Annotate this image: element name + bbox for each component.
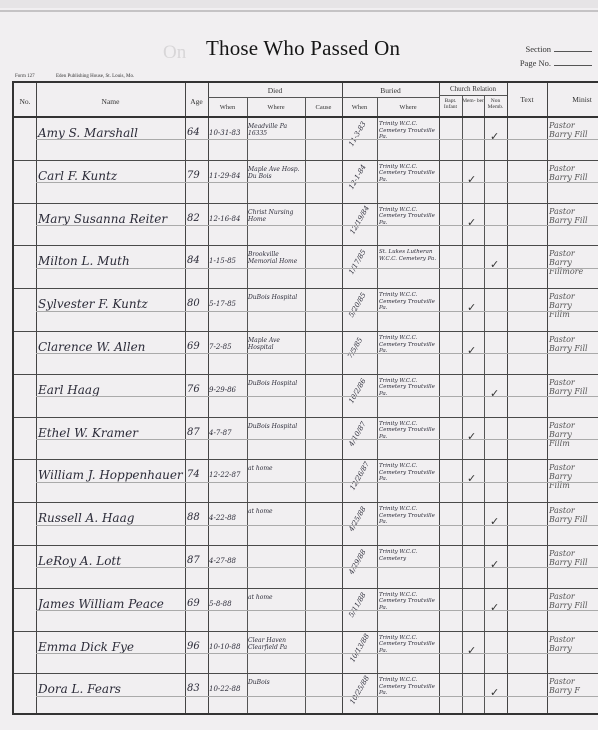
entry-age: 76 xyxy=(187,384,200,395)
column-divider xyxy=(439,83,440,713)
ruled-line xyxy=(36,268,598,269)
entry-buried-when: 4/29/88 xyxy=(347,548,367,575)
relation-check-icon: ✓ xyxy=(490,258,499,271)
entry-died-when: 12-16-84 xyxy=(209,215,240,223)
column-divider xyxy=(507,83,508,713)
entry-buried-when: 12-1-84 xyxy=(347,163,367,190)
entry-buried-where: Trinity W.C.C. Cemetery Troutville Pa. xyxy=(379,677,437,697)
page-no-label: Page No. xyxy=(520,58,551,68)
col-header-text: Text xyxy=(507,95,547,104)
entry-died-when: 4-7-87 xyxy=(209,429,232,437)
relation-check-icon: ✓ xyxy=(467,344,476,357)
entry-died-when: 4-27-88 xyxy=(209,557,236,565)
relation-check-icon: ✓ xyxy=(467,644,476,657)
entry-buried-when: 10/25/88 xyxy=(348,675,371,706)
relation-check-icon: ✓ xyxy=(467,301,476,314)
publisher-line: Eden Publishing House, St. Louis, Mo. xyxy=(56,74,134,79)
row-divider xyxy=(14,203,598,204)
entry-age: 87 xyxy=(187,555,200,566)
row-divider xyxy=(14,545,598,546)
entry-died-where: DuBois Hospital xyxy=(248,423,304,430)
entry-age: 83 xyxy=(187,683,200,694)
entry-age: 96 xyxy=(187,641,200,652)
ruled-line xyxy=(36,439,598,440)
entry-died-where: Meadville Pa 16335 xyxy=(248,123,304,137)
entry-died-where: at home xyxy=(248,465,304,472)
entry-minister: Pastor Barry Fillm xyxy=(549,463,589,490)
relation-check-icon: ✓ xyxy=(490,686,499,699)
entry-minister: Pastor Barry Fillmore xyxy=(549,249,589,276)
entry-died-when: 5-8-88 xyxy=(209,600,232,608)
entry-died-where: DuBois Hospital xyxy=(248,380,304,387)
column-divider xyxy=(305,98,306,713)
row-divider xyxy=(14,459,598,460)
entry-died-where: Maple Ave Hospital xyxy=(248,337,304,351)
register-table: No. Name Age Died When Where Cause Burie… xyxy=(12,81,598,715)
col-header-bapt-infant: Bapt. Infant xyxy=(439,98,462,110)
entry-minister: Pastor Barry Fill xyxy=(549,592,589,610)
entry-died-where: Christ Nursing Home xyxy=(248,209,304,223)
entry-age: 87 xyxy=(187,427,200,438)
entry-died-when: 9-29-86 xyxy=(209,386,236,394)
entry-buried-where: Trinity W.C.C. Cemetery Troutville Pa. xyxy=(379,121,437,141)
relation-check-icon: ✓ xyxy=(467,173,476,186)
entry-died-when: 4-22-88 xyxy=(209,514,236,522)
entry-died-where: Brookville Memorial Home xyxy=(248,251,304,265)
entry-buried-where: Trinity W.C.C. Cemetery Troutville Pa. xyxy=(379,378,437,398)
entry-buried-where: Trinity W.C.C. Cemetery Troutville Pa. xyxy=(379,506,437,526)
col-header-buried-where: Where xyxy=(377,104,439,111)
entry-died-where: DuBois xyxy=(248,679,304,686)
relation-check-icon: ✓ xyxy=(490,130,499,143)
entry-name: Milton L. Muth xyxy=(38,254,130,268)
page-no-field: Page No. xyxy=(520,58,592,68)
column-divider xyxy=(462,96,463,713)
header-bottom-line xyxy=(14,116,598,118)
col-header-age: Age xyxy=(185,97,208,106)
ruled-line xyxy=(36,311,598,312)
col-header-died-when: When xyxy=(208,104,247,111)
relation-check-icon: ✓ xyxy=(467,430,476,443)
ruled-line xyxy=(36,610,598,611)
column-divider xyxy=(247,98,248,713)
entry-buried-when: 11-3-83 xyxy=(347,120,367,147)
col-header-minister: Minist xyxy=(547,95,598,104)
entry-name: Mary Susanna Reiter xyxy=(38,212,167,226)
entry-buried-where: St. Lukes Lutheran W.C.C. Cemetery Pa. xyxy=(379,249,437,262)
entry-minister: Pastor Barry Fill xyxy=(549,549,589,567)
entry-died-when: 5-17-85 xyxy=(209,300,236,308)
entry-died-when: 10-10-88 xyxy=(209,643,240,651)
entry-name: Earl Haag xyxy=(38,383,100,397)
row-divider xyxy=(14,631,598,632)
row-divider xyxy=(14,160,598,161)
row-divider xyxy=(14,417,598,418)
ruled-line xyxy=(36,525,598,526)
col-header-buried: Buried xyxy=(342,86,439,95)
row-divider xyxy=(14,374,598,375)
section-field: Section xyxy=(526,44,593,54)
entry-buried-when: 1/17/85 xyxy=(347,249,367,276)
entry-minister: Pastor Barry Fill xyxy=(549,164,589,182)
column-divider xyxy=(342,83,343,713)
row-divider xyxy=(14,588,598,589)
section-label: Section xyxy=(526,44,552,54)
entry-buried-where: Trinity W.C.C. Cemetery Troutville Pa. xyxy=(379,635,437,655)
entry-buried-where: Trinity W.C.C. Cemetery Troutville Pa. xyxy=(379,592,437,612)
entry-died-where: at home xyxy=(248,508,304,515)
row-divider xyxy=(14,331,598,332)
header-group-line xyxy=(208,97,439,98)
entry-age: 69 xyxy=(187,341,200,352)
col-header-buried-when: When xyxy=(342,104,377,111)
entry-buried-when: 12/26/87 xyxy=(348,461,371,492)
entry-minister: Pastor Barry Fill xyxy=(549,378,589,396)
row-divider xyxy=(14,245,598,246)
entry-name: LeRoy A. Lott xyxy=(38,554,121,568)
entry-name: Emma Dick Fye xyxy=(38,640,134,654)
entry-minister: Pastor Barry Fill xyxy=(549,506,589,524)
col-header-name: Name xyxy=(36,97,185,106)
entry-name: Ethel W. Kramer xyxy=(38,426,138,440)
ruled-line xyxy=(36,696,598,697)
entry-buried-where: Trinity W.C.C. Cemetery Troutville Pa. xyxy=(379,335,437,355)
entry-buried-where: Trinity W.C.C. Cemetery Troutville Pa. xyxy=(379,164,437,184)
entry-minister: Pastor Barry Fill xyxy=(549,121,589,139)
entry-age: 79 xyxy=(187,170,200,181)
entry-name: Carl F. Kuntz xyxy=(38,169,117,183)
entry-minister: Pastor Barry Fillm xyxy=(549,421,589,448)
entry-minister: Pastor Barry Fillm xyxy=(549,292,589,319)
ruled-line xyxy=(36,139,598,140)
column-divider xyxy=(377,98,378,713)
entry-minister: Pastor Barry xyxy=(549,635,589,653)
page-title: Those Who Passed On xyxy=(206,36,400,61)
entry-died-when: 11-29-84 xyxy=(209,172,240,180)
page-no-blank-line xyxy=(554,65,592,66)
entry-died-when: 10-22-88 xyxy=(209,685,240,693)
column-divider xyxy=(36,83,37,713)
entry-name: Sylvester F. Kuntz xyxy=(38,297,148,311)
column-divider xyxy=(547,83,548,713)
row-divider xyxy=(14,288,598,289)
entry-name: Amy S. Marshall xyxy=(38,126,138,140)
entry-age: 82 xyxy=(187,213,200,224)
col-header-non-member: Non Memb. xyxy=(484,98,507,110)
entry-died-when: 1-15-85 xyxy=(209,257,236,265)
relation-check-icon: ✓ xyxy=(467,216,476,229)
relation-check-icon: ✓ xyxy=(490,515,499,528)
col-header-cause: Cause xyxy=(305,104,342,111)
entry-died-where: Maple Ave Hosp. Du Bois xyxy=(248,166,304,180)
relation-check-icon: ✓ xyxy=(490,558,499,571)
row-divider xyxy=(14,502,598,503)
ruled-line xyxy=(36,225,598,226)
entry-died-where: DuBois Hospital xyxy=(248,294,304,301)
entry-age: 84 xyxy=(187,255,200,266)
ruled-line xyxy=(36,396,598,397)
ruled-line xyxy=(36,182,598,183)
entry-buried-when: 12/19/84 xyxy=(348,204,371,235)
entry-buried-where: Trinity W.C.C. Cemetery Troutville Pa. xyxy=(379,292,437,312)
col-header-member: Mem- ber xyxy=(462,98,484,104)
entry-buried-when: 5/11/88 xyxy=(347,591,367,618)
ruled-line xyxy=(36,353,598,354)
entry-buried-where: Trinity W.C.C. Cemetery Troutville Pa. xyxy=(379,463,437,483)
entry-age: 64 xyxy=(187,127,200,138)
entry-buried-when: 5/20/85 xyxy=(347,291,367,318)
col-header-died-where: Where xyxy=(247,104,305,111)
column-divider xyxy=(185,83,186,713)
entry-buried-where: Trinity W.C.C. Cemetery Troutville Pa. xyxy=(379,421,437,441)
col-header-church-relation: Church Relation xyxy=(439,85,507,93)
entry-died-where: Clear Haven Clearfield Pa xyxy=(248,637,304,651)
entry-buried-when: 4/25/88 xyxy=(347,505,367,532)
entry-name: William J. Hoppenhauer xyxy=(38,468,183,482)
entry-minister: Pastor Barry Fill xyxy=(549,335,589,353)
entry-buried-when: 4/10/87 xyxy=(347,420,367,447)
entry-buried-when: 10/2/86 xyxy=(347,377,367,404)
entry-buried-where: Trinity W.C.C. Cemetery xyxy=(379,549,437,562)
entry-name: Clarence W. Allen xyxy=(38,340,145,354)
entry-name: James William Peace xyxy=(38,597,164,611)
form-number: Form 127 xyxy=(15,74,35,79)
page-edge-line xyxy=(0,10,598,12)
col-header-no: No. xyxy=(14,97,36,106)
section-blank-line xyxy=(554,51,592,52)
entry-died-when: 12-22-87 xyxy=(209,471,240,479)
entry-age: 69 xyxy=(187,598,200,609)
relation-check-icon: ✓ xyxy=(490,601,499,614)
ruled-line xyxy=(36,653,598,654)
entry-buried-when: 10/13/88 xyxy=(348,632,371,663)
column-divider xyxy=(484,96,485,713)
row-divider xyxy=(14,673,598,674)
ruled-line xyxy=(36,567,598,568)
bleed-through-text: On xyxy=(163,42,186,64)
col-header-died: Died xyxy=(208,86,342,95)
entry-minister: Pastor Barry Fill xyxy=(549,207,589,225)
relation-check-icon: ✓ xyxy=(490,387,499,400)
entry-age: 80 xyxy=(187,298,200,309)
entry-died-when: 7-2-85 xyxy=(209,343,232,351)
relation-check-icon: ✓ xyxy=(467,472,476,485)
entry-died-when: 10-31-83 xyxy=(209,129,240,137)
entry-buried-where: Trinity W.C.C. Cemetery Troutville Pa. xyxy=(379,207,437,227)
entry-died-where: at home xyxy=(248,594,304,601)
entry-age: 88 xyxy=(187,512,200,523)
entry-name: Russell A. Haag xyxy=(38,511,134,525)
entry-buried-when: 7/5/85 xyxy=(346,336,364,360)
entry-minister: Pastor Barry F xyxy=(549,677,589,695)
entry-age: 74 xyxy=(187,469,200,480)
ruled-line xyxy=(36,482,598,483)
header-group-line xyxy=(439,95,507,96)
entry-name: Dora L. Fears xyxy=(38,682,121,696)
